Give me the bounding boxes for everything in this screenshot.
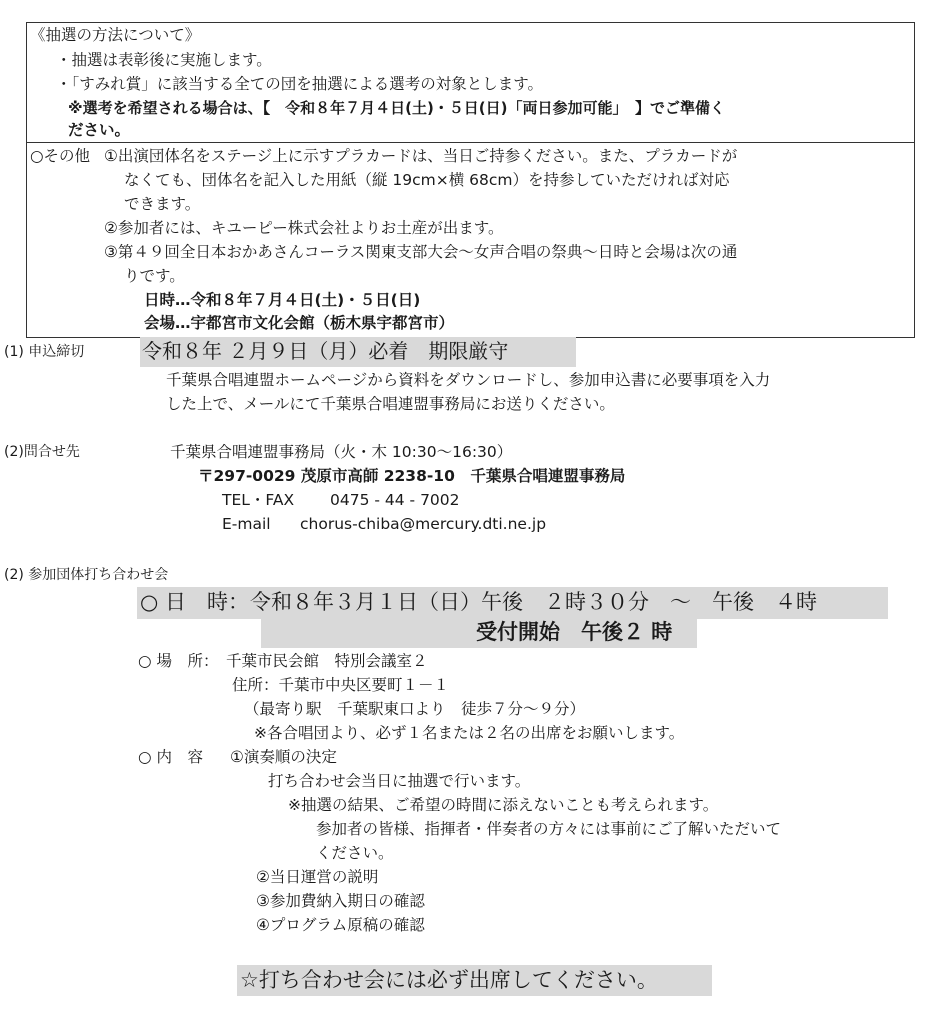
other-item3-line2: りです。 — [124, 269, 185, 285]
other-event-venue: 会場…宇都宮市文化会館（栃木県宇都宮市） — [144, 316, 454, 332]
contact-email-label: E-mail — [222, 517, 271, 533]
meeting-item1-detail: 打ち合わせ会当日に抽選で行います。 — [268, 774, 530, 790]
meeting-item-1: ①演奏順の決定 — [230, 750, 337, 766]
other-item3-line1: ③第４９回全日本おかあさんコーラス関東支部大会～女声合唱の祭典～日時と会場は次の… — [104, 245, 737, 261]
contact-address: 〒297-0029 茂原市高師 2238-10 千葉県合唱連盟事務局 — [198, 469, 625, 485]
contact-office: 千葉県合唱連盟事務局（火・木 10:30～16:30） — [170, 445, 512, 461]
contact-tel-label: TEL・FAX — [222, 493, 294, 509]
other-item2: ②参加者には、キユーピー株式会社よりお土産が出ます。 — [104, 221, 504, 237]
meeting-address: 住所：千葉市中央区要町１－１ — [232, 678, 449, 694]
other-label: ○その他 — [30, 149, 90, 165]
contact-email[interactable]: chorus-chiba@mercury.dti.ne.jp — [300, 517, 546, 533]
meeting-attendance-note: ※各合唱団より、必ず１名または２名の出席をお願いします。 — [254, 726, 684, 742]
meeting-content-label: ○ 内 容 — [138, 750, 203, 766]
lottery-note-line2: ださい。 — [68, 123, 130, 139]
meeting-item1-note-line2: 参加者の皆様、指揮者・伴奏者の方々には事前にご了解いただいて — [316, 822, 781, 838]
meeting-reception: 受付開始 午後２ 時 — [476, 622, 672, 643]
contact-label: (2)問合せ先 — [4, 445, 80, 459]
meeting-item1-note-line3: ください。 — [316, 846, 394, 862]
meeting-label: (2) 参加団体打ち合わせ会 — [4, 568, 168, 582]
other-item1-line2: なくても、団体名を記入した用紙（縦 19cm×横 68cm）を持参していただけれ… — [124, 173, 730, 189]
meeting-datetime-label: ○ 日 時： — [140, 592, 249, 613]
meeting-place-label: ○ 場 所： — [138, 654, 218, 670]
meeting-place: 千葉市民会館 特別会議室２ — [226, 654, 428, 670]
other-event-date: 日時…令和８年７月４日(土)・５日(日) — [144, 293, 420, 309]
meeting-item1-note-line1: ※抽選の結果、ご希望の時間に添えないことも考えられます。 — [288, 798, 718, 814]
meeting-access: （最寄り駅 千葉駅東口より 徒歩７分～９分） — [244, 702, 585, 718]
meeting-item-2: ②当日運営の説明 — [256, 870, 378, 886]
lottery-bullet-2: ・「すみれ賞」に該当する全ての団を抽選による選考の対象とします。 — [56, 77, 543, 93]
meeting-datetime: 令和８年３月１日（日）午後 ２時３０分 ～ 午後 ４時 — [250, 592, 817, 613]
lottery-note-line1: ※選考を希望される場合は、【 令和８年７月４日(土)・５日(日)「両日参加可能」… — [68, 101, 725, 116]
deadline-label: (1) 申込締切 — [4, 345, 84, 359]
lottery-title: 《抽選の方法について》 — [30, 28, 200, 44]
contact-tel: 0475 - 44 - 7002 — [330, 493, 460, 509]
deadline-date: 令和８年 ２月９日（月）必着 期限厳守 — [142, 341, 508, 361]
deadline-desc-line2: した上で、メールにて千葉県合唱連盟事務局にお送りください。 — [166, 397, 615, 413]
meeting-item-3: ③参加費納入期日の確認 — [256, 894, 425, 910]
deadline-desc-line1: 千葉県合唱連盟ホームページから資料をダウンロードし、参加申込書に必要事項を入力 — [166, 373, 770, 389]
lottery-bullet-1: ・抽選は表彰後に実施します。 — [56, 53, 272, 69]
other-item1-line3: できます。 — [124, 197, 200, 213]
other-item1-line1: ①出演団体名をステージ上に示すプラカードは、当日ご持参ください。また、プラカード… — [104, 149, 737, 165]
footer-note: ☆打ち合わせ会には必ず出席してください。 — [240, 970, 658, 991]
meeting-item-4: ④プログラム原稿の確認 — [256, 918, 425, 934]
